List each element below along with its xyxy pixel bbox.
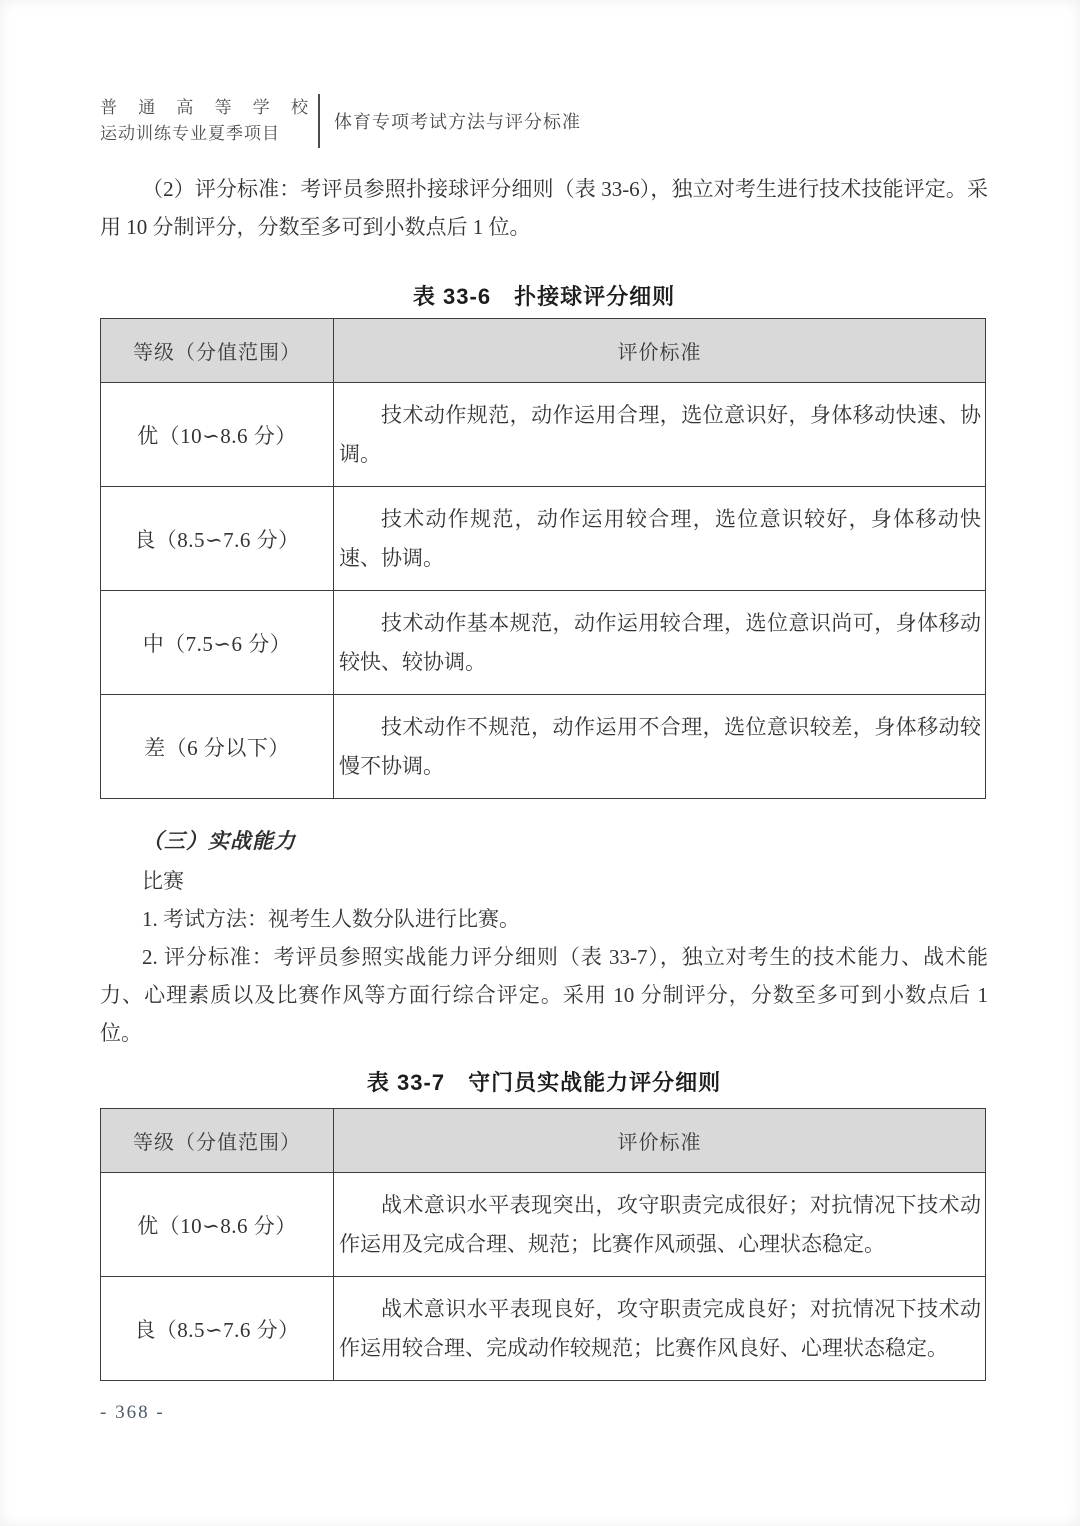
grade-cell: 良（8.5∽7.6 分） bbox=[101, 487, 334, 591]
criteria-cell: 技术动作不规范，动作运用不合理，选位意识较差，身体移动较慢不协调。 bbox=[334, 695, 986, 799]
grade-cell: 差（6 分以下） bbox=[101, 695, 334, 799]
running-head-book-title: 体育专项考试方法与评分标准 bbox=[334, 108, 581, 134]
running-head-major-line: 运动训练专业夏季项目 bbox=[100, 121, 308, 147]
criteria-cell: 战术意识水平表现良好，攻守职责完成良好；对抗情况下技术动作运用较合理、完成动作较… bbox=[334, 1277, 986, 1381]
table-row: 优（10∽8.6 分） 战术意识水平表现突出，攻守职责完成很好；对抗情况下技术动… bbox=[101, 1173, 986, 1277]
grade-cell: 中（7.5∽6 分） bbox=[101, 591, 334, 695]
table-row: 中（7.5∽6 分） 技术动作基本规范，动作运用较合理，选位意识尚可，身体移动较… bbox=[101, 591, 986, 695]
table-header-row: 等级（分值范围） 评价标准 bbox=[101, 1109, 986, 1173]
document-page: 普通高等学校 运动训练专业夏季项目 体育专项考试方法与评分标准 （2）评分标准：… bbox=[0, 0, 1080, 1526]
table-row: 良（8.5∽7.6 分） 技术动作规范，动作运用较合理，选位意识较好，身体移动快… bbox=[101, 487, 986, 591]
table-col-grade-header: 等级（分值范围） bbox=[101, 1109, 334, 1173]
grade-cell: 良（8.5∽7.6 分） bbox=[101, 1277, 334, 1381]
grade-cell: 优（10∽8.6 分） bbox=[101, 1173, 334, 1277]
table-col-criteria-header: 评价标准 bbox=[334, 1109, 986, 1173]
subheading-match: 比赛 bbox=[100, 862, 988, 900]
criteria-cell: 技术动作规范，动作运用合理，选位意识好，身体移动快速、协调。 bbox=[334, 383, 986, 487]
criteria-cell: 技术动作规范，动作运用较合理，选位意识较好，身体移动快速、协调。 bbox=[334, 487, 986, 591]
table-33-7-title: 表 33-7 守门员实战能力评分细则 bbox=[100, 1066, 988, 1097]
paragraph-scoring-standard-2: 2. 评分标准：考评员参照实战能力评分细则（表 33-7），独立对考生的技术能力… bbox=[100, 938, 988, 1052]
table-row: 良（8.5∽7.6 分） 战术意识水平表现良好，攻守职责完成良好；对抗情况下技术… bbox=[101, 1277, 986, 1381]
section-heading-practical-ability: （三）实战能力 bbox=[100, 822, 988, 860]
table-row: 优（10∽8.6 分） 技术动作规范，动作运用合理，选位意识好，身体移动快速、协… bbox=[101, 383, 986, 487]
paragraph-scoring-standard: （2）评分标准：考评员参照扑接球评分细则（表 33-6），独立对考生进行技术技能… bbox=[100, 170, 988, 246]
running-head-school-line: 普通高等学校 bbox=[100, 95, 308, 121]
table-33-6: 等级（分值范围） 评价标准 优（10∽8.6 分） 技术动作规范，动作运用合理，… bbox=[100, 318, 986, 799]
running-head-left: 普通高等学校 运动训练专业夏季项目 bbox=[100, 95, 308, 147]
table-33-6-title: 表 33-6 扑接球评分细则 bbox=[100, 280, 988, 311]
table-row: 差（6 分以下） 技术动作不规范，动作运用不合理，选位意识较差，身体移动较慢不协… bbox=[101, 695, 986, 799]
table-33-7: 等级（分值范围） 评价标准 优（10∽8.6 分） 战术意识水平表现突出，攻守职… bbox=[100, 1108, 986, 1381]
page-number: - 368 - bbox=[100, 1402, 165, 1424]
paragraph-exam-method: 1. 考试方法：视考生人数分队进行比赛。 bbox=[100, 900, 988, 938]
middle-text-block: （三）实战能力 比赛 1. 考试方法：视考生人数分队进行比赛。 2. 评分标准：… bbox=[100, 822, 988, 1052]
table-header-row: 等级（分值范围） 评价标准 bbox=[101, 319, 986, 383]
grade-cell: 优（10∽8.6 分） bbox=[101, 383, 334, 487]
table-col-grade-header: 等级（分值范围） bbox=[101, 319, 334, 383]
table-col-criteria-header: 评价标准 bbox=[334, 319, 986, 383]
criteria-cell: 战术意识水平表现突出，攻守职责完成很好；对抗情况下技术动作运用及完成合理、规范；… bbox=[334, 1173, 986, 1277]
running-head: 普通高等学校 运动训练专业夏季项目 体育专项考试方法与评分标准 bbox=[100, 94, 581, 148]
running-head-divider bbox=[318, 94, 320, 148]
criteria-cell: 技术动作基本规范，动作运用较合理，选位意识尚可，身体移动较快、较协调。 bbox=[334, 591, 986, 695]
